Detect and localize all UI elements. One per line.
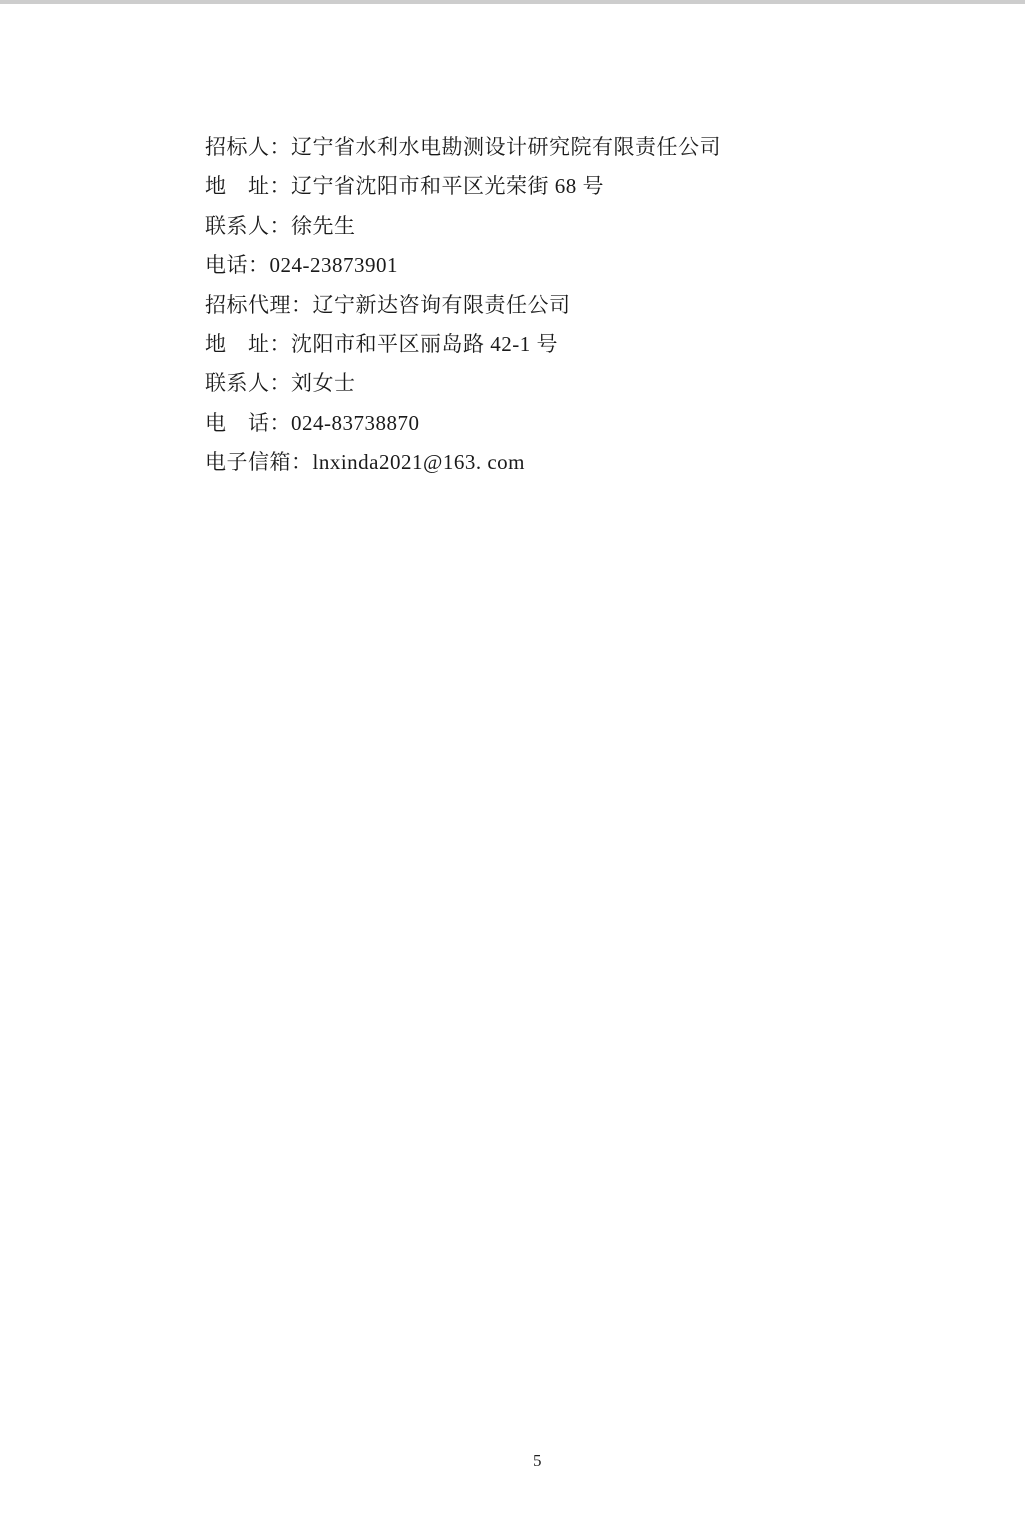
line-tenderer-contact: 联系人：徐先生 — [205, 207, 825, 246]
line-tenderer-address: 地 址：辽宁省沈阳市和平区光荣街 68 号 — [205, 167, 825, 206]
top-edge-strip — [0, 0, 1025, 4]
line-agent: 招标代理：辽宁新达咨询有限责任公司 — [205, 286, 825, 325]
line-agent-phone: 电 话：024-83738870 — [205, 404, 825, 443]
line-agent-email: 电子信箱：lnxinda2021@163. com — [205, 443, 825, 482]
line-tenderer: 招标人：辽宁省水利水电勘测设计研究院有限责任公司 — [205, 128, 825, 167]
line-agent-address: 地 址：沈阳市和平区丽岛路 42-1 号 — [205, 325, 825, 364]
contact-info-block: 招标人：辽宁省水利水电勘测设计研究院有限责任公司 地 址：辽宁省沈阳市和平区光荣… — [205, 128, 825, 483]
line-agent-contact: 联系人：刘女士 — [205, 364, 825, 403]
line-tenderer-phone: 电话：024-23873901 — [205, 246, 825, 285]
page-number: 5 — [533, 1451, 542, 1471]
